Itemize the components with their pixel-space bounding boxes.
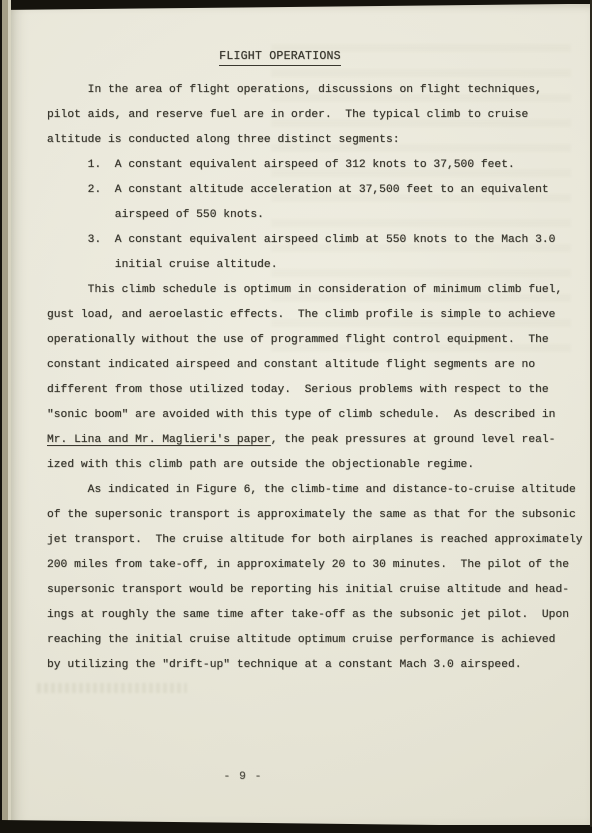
text-line: In the area of flight operations, discus…: [47, 78, 583, 103]
text-line: 1. A constant equivalent airspeed of 312…: [47, 153, 583, 178]
underlined-citation: Mr. Lina and Mr. Maglieri's paper: [47, 434, 271, 446]
page-number: - 9 -: [224, 771, 263, 783]
text-line: altitude is conducted along three distin…: [47, 128, 583, 153]
text-line: 2. A constant altitude acceleration at 3…: [47, 178, 583, 203]
text-line: reaching the initial cruise altitude opt…: [47, 628, 583, 653]
page-title: FLIGHT OPERATIONS: [219, 50, 341, 66]
text-line: pilot aids, and reserve fuel are in orde…: [47, 103, 583, 128]
paragraph-intro: In the area of flight operations, discus…: [47, 78, 583, 153]
list-item-3: 3. A constant equivalent airspeed climb …: [47, 228, 583, 278]
text-line: operationally without the use of program…: [47, 328, 583, 353]
paragraph-figure-6: As indicated in Figure 6, the climb-time…: [47, 478, 583, 678]
text-line: different from those utilized today. Ser…: [47, 378, 583, 403]
text-line: airspeed of 550 knots.: [47, 203, 583, 228]
paragraph-climb-schedule: This climb schedule is optimum in consid…: [47, 278, 583, 478]
text-line: 200 miles from take-off, in approximatel…: [47, 553, 583, 578]
page-number-row: - 9 -: [11, 766, 475, 784]
text-line: Mr. Lina and Mr. Maglieri's paper, the p…: [47, 428, 583, 453]
list-item-1: 1. A constant equivalent airspeed of 312…: [47, 153, 583, 178]
text-line: of the supersonic transport is approxima…: [47, 503, 583, 528]
bleedthrough-artifact-bottom: [37, 683, 187, 693]
scanned-page: FLIGHT OPERATIONS In the area of flight …: [0, 0, 592, 833]
text-line: by utilizing the "drift-up" technique at…: [47, 653, 583, 678]
text-line: As indicated in Figure 6, the climb-time…: [47, 478, 583, 503]
text-line: "sonic boom" are avoided with this type …: [47, 403, 583, 428]
scan-edge-left-highlight: [8, 0, 11, 833]
list-item-2: 2. A constant altitude acceleration at 3…: [47, 178, 583, 228]
document-sheet: FLIGHT OPERATIONS In the area of flight …: [11, 4, 590, 825]
document-body: In the area of flight operations, discus…: [47, 78, 583, 678]
text-line: ings at roughly the same time after take…: [47, 603, 583, 628]
text-line: initial cruise altitude.: [47, 253, 583, 278]
text-line: jet transport. The cruise altitude for b…: [47, 528, 583, 553]
text-line: gust load, and aeroelastic effects. The …: [47, 303, 583, 328]
text-line: supersonic transport would be reporting …: [47, 578, 583, 603]
text-line: ized with this climb path are outside th…: [47, 453, 583, 478]
text-line: This climb schedule is optimum in consid…: [47, 278, 583, 303]
text-line: constant indicated airspeed and constant…: [47, 353, 583, 378]
text-line: 3. A constant equivalent airspeed climb …: [47, 228, 583, 253]
page-title-row: FLIGHT OPERATIONS: [11, 46, 549, 66]
text-segment: , the peak pressures at ground level rea…: [271, 434, 556, 446]
